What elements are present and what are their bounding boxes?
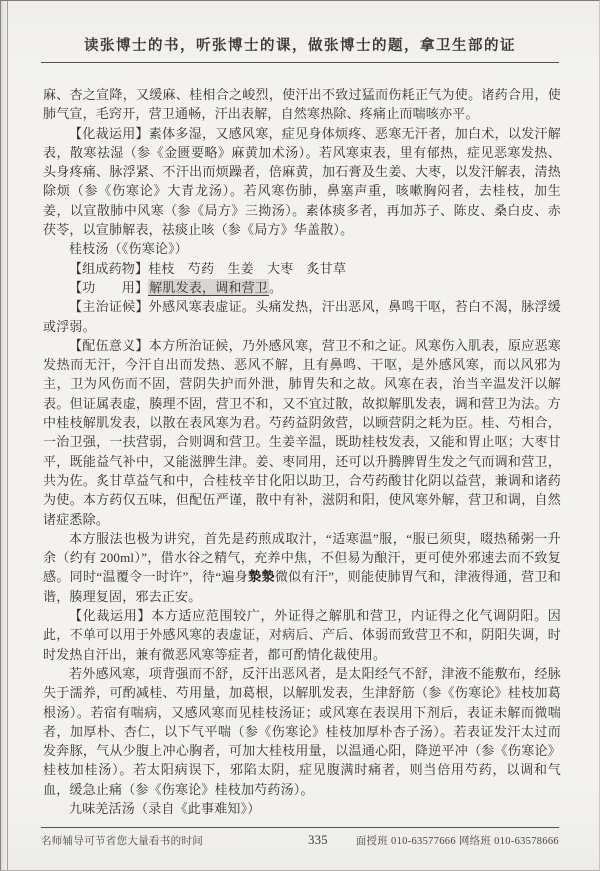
- text-run: 【功 用】: [69, 280, 148, 295]
- para-huacai-mahuang: 【化裁运用】素体多湿，又感风寒，症见身体烦疼、恶寒无汗者，加白术，以发汗解表，散…: [43, 124, 561, 240]
- text-run: 【化裁运用】素体多湿，又感风寒，症见身体烦疼、恶寒无汗者，加白术，以发汗解表，散…: [43, 126, 561, 237]
- para-huacai-guizhi: 【化裁运用】本方适应范围较广，外证得之解肌和营卫，内证得之化气调阴阳。因此，不单…: [43, 606, 561, 664]
- page-header: 读张博士的书，听张博士的课，做张博士的题，拿卫生部的证: [41, 1, 559, 63]
- page-number: 335: [308, 833, 328, 848]
- emphasized-text: 漐漐: [248, 569, 275, 584]
- para-gongyong: 【功 用】解肌发表，调和营卫。: [43, 278, 561, 297]
- para-mahuangtang-tail: 麻、杏之宣降，又缓麻、桂相合之峻烈，使汗出不致过猛而伤耗正气为使。诸药合用，使肺…: [43, 85, 561, 124]
- para-peiwu: 【配伍意义】本方所治证候，乃外感风寒，营卫不和之证。风寒伤入肌表，原应恶寒发热而…: [43, 336, 561, 529]
- para-fufa: 本方服法也极为讲究，首先是药煎成取汁，“适寒温”服，“服已须臾，啜热稀粥一升余（…: [43, 529, 561, 606]
- scanned-page: 读张博士的书，听张博士的课，做张博士的题，拿卫生部的证 麻、杏之宣降，又缓麻、桂…: [0, 0, 600, 871]
- para-guizhi-jiajian: 若外感风寒，项背强而不舒，反汗出恶风者，是太阳经气不舒，津液不能敷布，经脉失于濡…: [43, 664, 561, 799]
- text-run: 九味羌活汤（录自《此事难知》）: [69, 801, 261, 814]
- highlighted-text: 解肌发表，调和营卫: [148, 279, 269, 296]
- footer-row: 名师辅导可节省您大量看书的时间 335 面授班 010-63577666 网络班…: [41, 833, 559, 848]
- para-zhuzhi: 【主治证候】外感风寒表虚证。头痛发热，汗出恶风，鼻鸣干呕，苔白不渴，脉浮缓或浮弱…: [43, 297, 561, 336]
- page-footer: 名师辅导可节省您大量看书的时间 335 面授班 010-63577666 网络班…: [41, 827, 559, 848]
- footer-contact: 面授班 010-63577666 网络班 010-63578666: [310, 833, 559, 848]
- header-rule: [41, 62, 559, 63]
- text-run: 【主治证候】外感风寒表虚证。头痛发热，汗出恶风，鼻鸣干呕，苔白不渴，脉浮缓或浮弱…: [43, 299, 561, 333]
- body-text: 麻、杏之宣降，又缓麻、桂相合之峻烈，使汗出不致过猛而伤耗正气为使。诸药合用，使肺…: [43, 85, 561, 814]
- text-run: 若外感风寒，项背强而不舒，反汗出恶风者，是太阳经气不舒，津液不能敷布，经脉失于濡…: [43, 666, 561, 797]
- footer-rule: [41, 827, 559, 828]
- text-run: 。: [269, 280, 282, 295]
- footer-left-note: 名师辅导可节省您大量看书的时间: [41, 833, 290, 848]
- text-run: 【配伍意义】本方所治证候，乃外感风寒，营卫不和之证。风寒伤入肌表，原应恶寒发热而…: [43, 338, 561, 527]
- text-run: 麻、杏之宣降，又缓麻、桂相合之峻烈，使汗出不致过猛而伤耗正气为使。诸药合用，使肺…: [43, 87, 561, 121]
- heading-jiuwei-qianghuotang: 九味羌活汤（录自《此事难知》）: [43, 799, 561, 814]
- text-run: 【组成药物】桂枝 芍药 生姜 大枣 炙甘草: [69, 261, 346, 276]
- text-run: 【化裁运用】本方适应范围较广，外证得之解肌和营卫，内证得之化气调阴阳。因此，不单…: [43, 608, 561, 662]
- text-run: 桂枝汤（《伤寒论》）: [69, 241, 188, 256]
- heading-guizhitang: 桂枝汤（《伤寒论》）: [43, 239, 561, 258]
- para-zucheng-guizhi: 【组成药物】桂枝 芍药 生姜 大枣 炙甘草: [43, 259, 561, 278]
- header-slogan: 读张博士的书，听张博士的课，做张博士的题，拿卫生部的证: [41, 1, 559, 55]
